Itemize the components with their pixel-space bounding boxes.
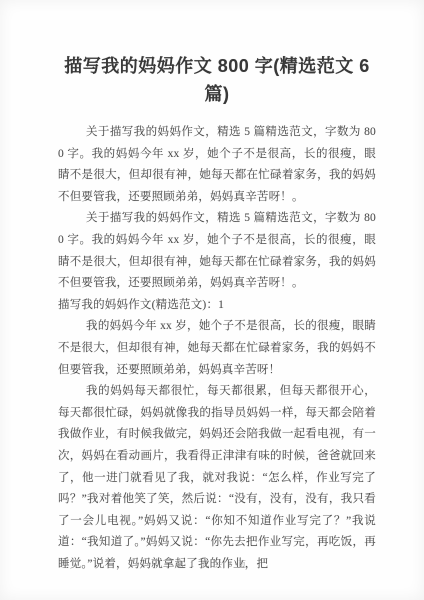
essay-paragraph-1: 我的妈妈今年 xx 岁，她个子不是很高，长的很瘦，眼睛不是很大，但却很有神，她每… [58, 316, 376, 381]
document-title: 描写我的妈妈作文 800 字(精选范文 6 篇) [58, 52, 376, 108]
intro-paragraph-2: 关于描写我的妈妈作文，精选 5 篇精选范文，字数为 800 字。我的妈妈今年 x… [58, 208, 376, 294]
essay-paragraph-2: 我的妈妈每天都很忙，每天都很累，但每天都很开心，每天都很忙碌，妈妈就像我的指导员… [58, 381, 376, 575]
section-heading: 描写我的妈妈作文(精选范文)：1 [58, 295, 376, 317]
document-page: 描写我的妈妈作文 800 字(精选范文 6 篇) 关于描写我的妈妈作文，精选 5… [0, 0, 424, 600]
intro-paragraph-1: 关于描写我的妈妈作文，精选 5 篇精选范文，字数为 800 字。我的妈妈今年 x… [58, 122, 376, 208]
page-number-footer: 第 1 页 共 6 页 [0, 559, 424, 570]
